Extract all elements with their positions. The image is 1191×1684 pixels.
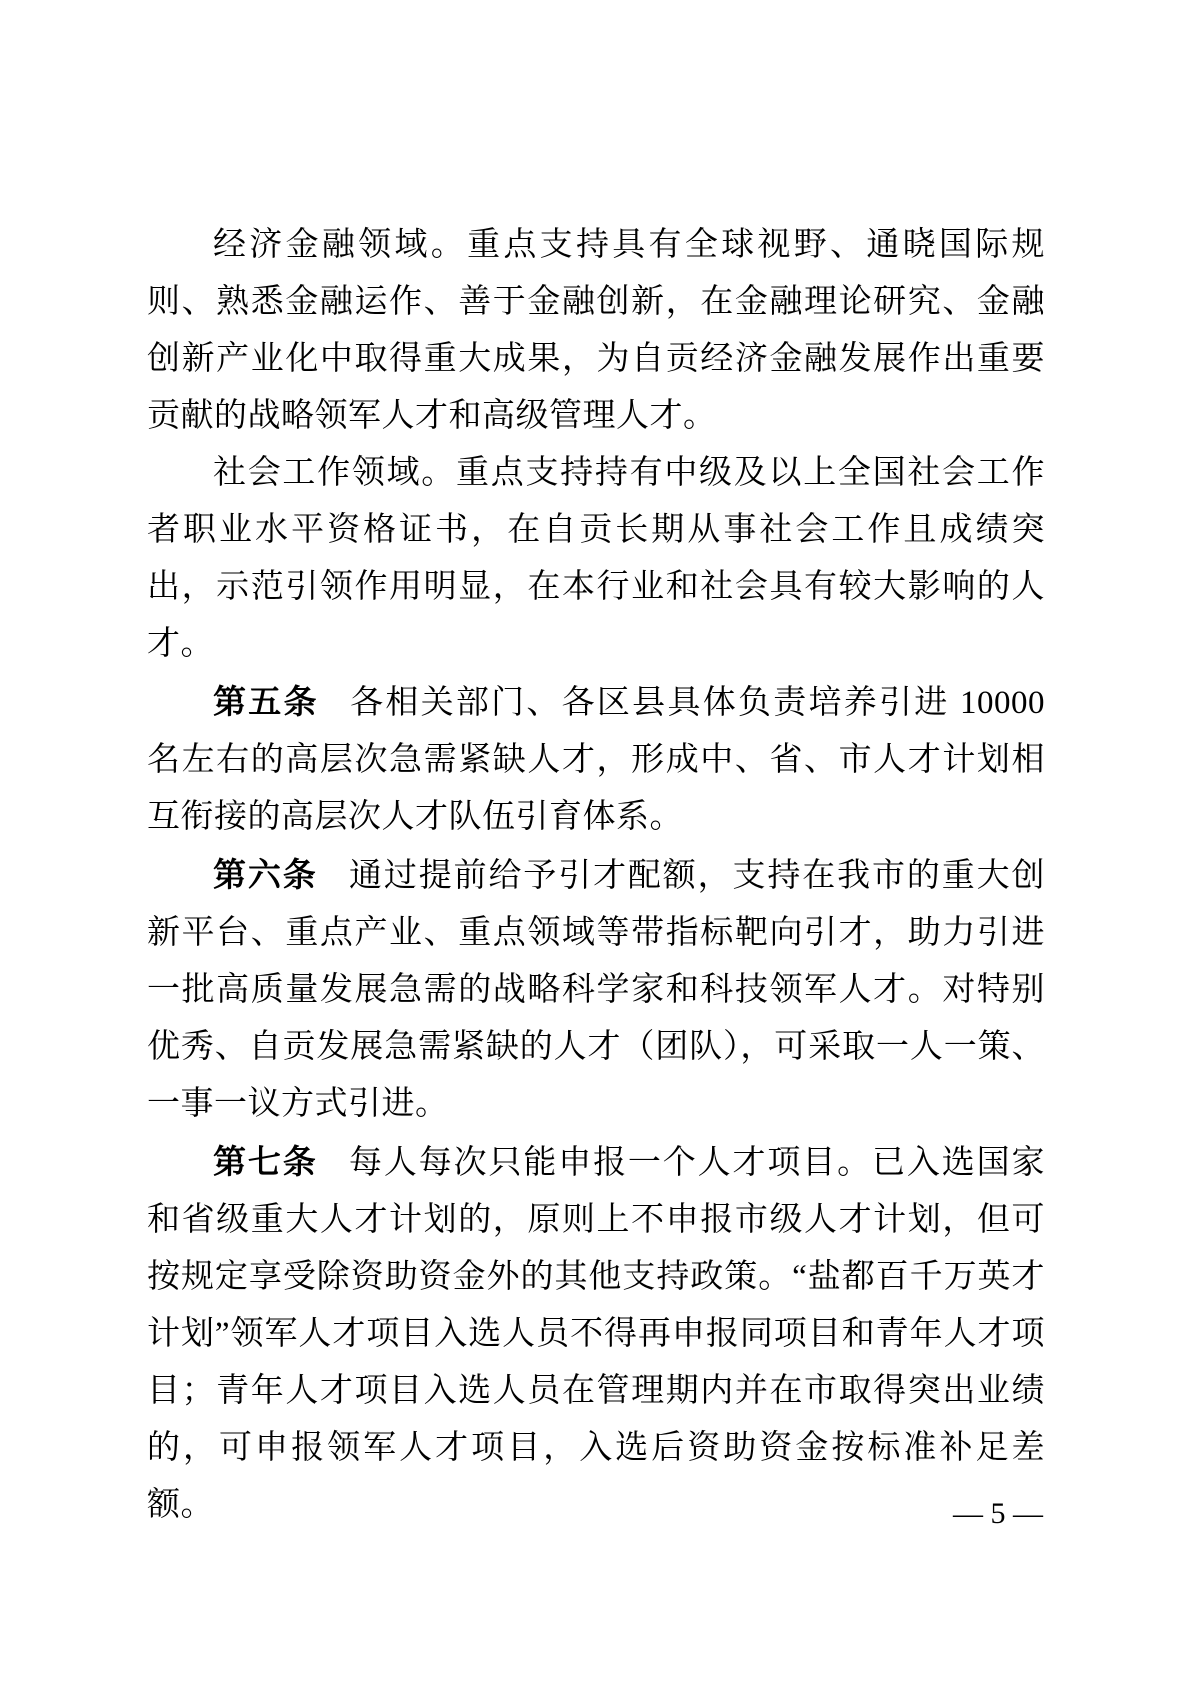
document-page: 经济金融领域。重点支持具有全球视野、通晓国际规则、熟悉金融运作、善于金融创新，在… xyxy=(0,0,1191,1684)
paragraph-article-5: 第五条各相关部门、各区县具体负责培养引进 10000 名左右的高层次急需紧缺人才… xyxy=(147,673,1045,846)
paragraph-economic-finance-field: 经济金融领域。重点支持具有全球视野、通晓国际规则、熟悉金融运作、善于金融创新，在… xyxy=(147,217,1045,445)
paragraph-text: 经济金融领域。重点支持具有全球视野、通晓国际规则、熟悉金融运作、善于金融创新，在… xyxy=(147,227,1045,434)
page-number: — 5 — xyxy=(953,1496,1043,1532)
article-number-label: 第七条 xyxy=(213,1143,318,1180)
paragraph-article-7: 第七条每人每次只能申报一个人才项目。已入选国家和省级重大人才计划的，原则上不申报… xyxy=(147,1133,1045,1534)
paragraph-social-work-field: 社会工作领域。重点支持持有中级及以上全国社会工作者职业水平资格证书，在自贡长期从… xyxy=(147,445,1045,673)
document-body: 经济金融领域。重点支持具有全球视野、通晓国际规则、熟悉金融运作、善于金融创新，在… xyxy=(147,217,1045,1534)
paragraph-text: 社会工作领域。重点支持持有中级及以上全国社会工作者职业水平资格证书，在自贡长期从… xyxy=(147,455,1045,662)
paragraph-text: 每人每次只能申报一个人才项目。已入选国家和省级重大人才计划的，原则上不申报市级人… xyxy=(147,1145,1045,1523)
article-number-label: 第五条 xyxy=(213,683,319,720)
paragraph-article-6: 第六条通过提前给予引才配额，支持在我市的重大创新平台、重点产业、重点领域等带指标… xyxy=(147,846,1045,1133)
paragraph-text: 通过提前给予引才配额，支持在我市的重大创新平台、重点产业、重点领域等带指标靶向引… xyxy=(147,858,1045,1122)
article-number-label: 第六条 xyxy=(213,856,318,893)
